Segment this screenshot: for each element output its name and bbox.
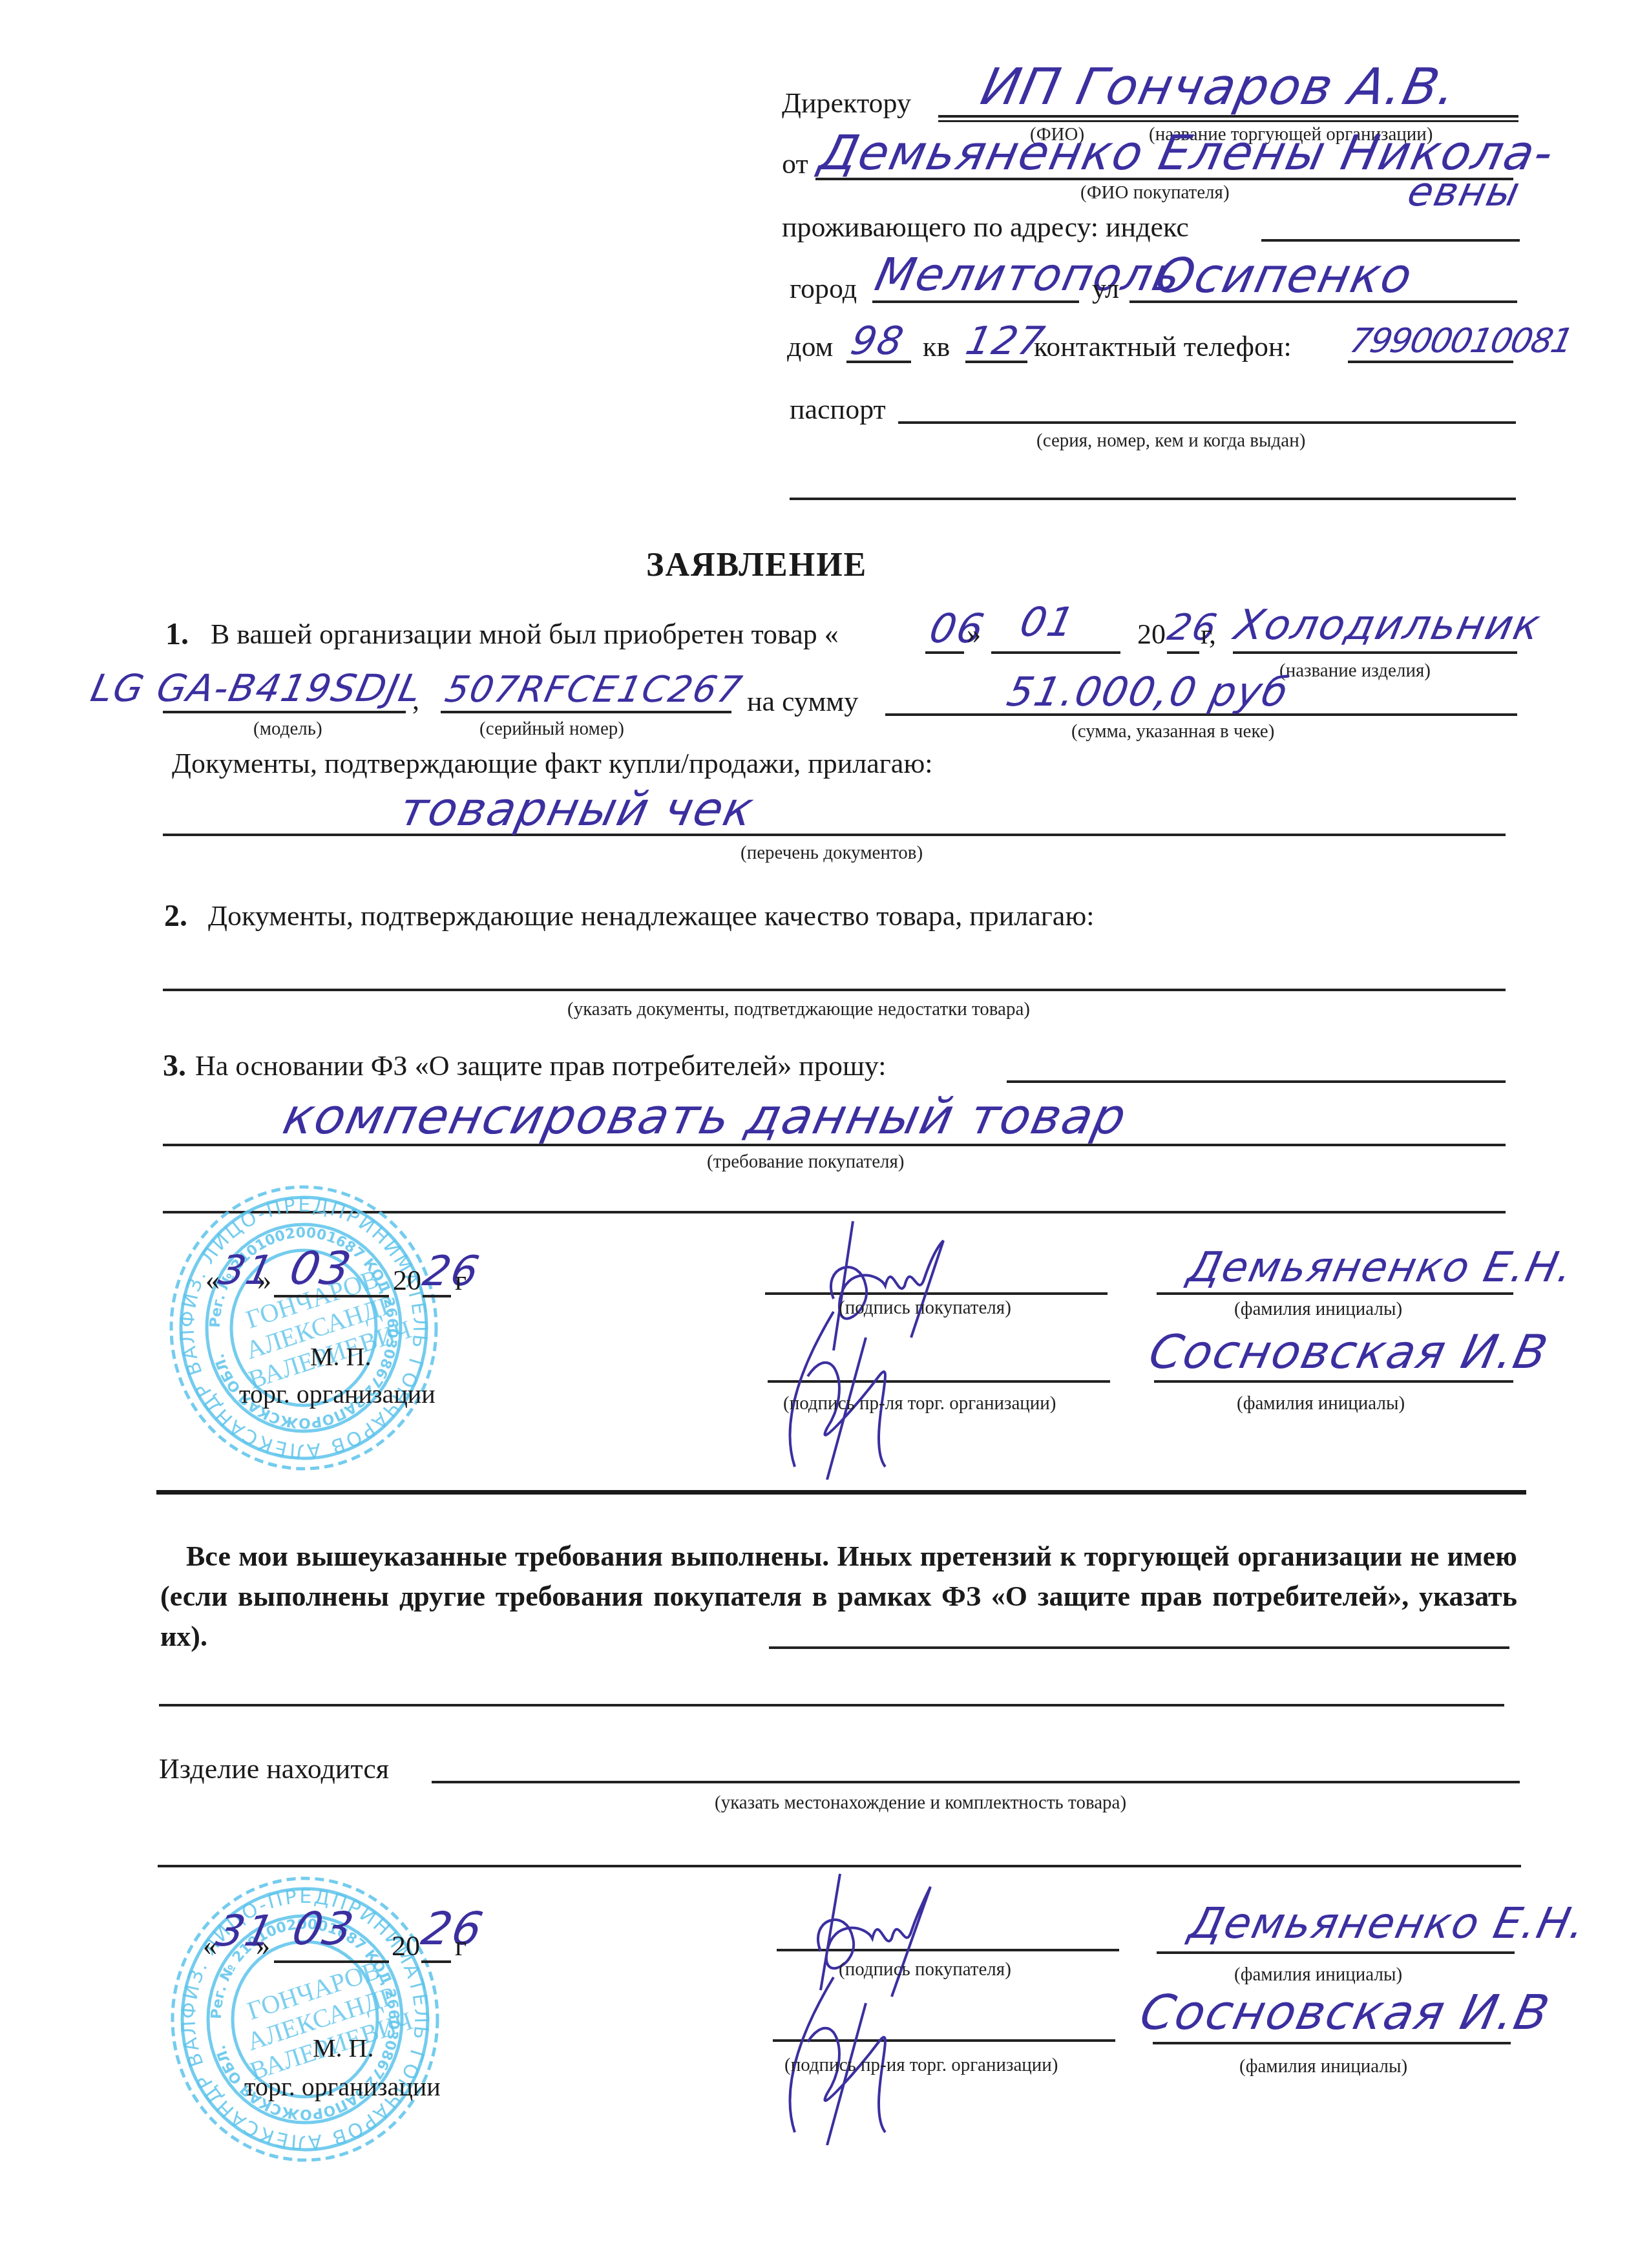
product-name-hint: (название изделия): [1279, 662, 1431, 680]
section-2-hint: (указать документы, подтветджающие недос…: [567, 1000, 1030, 1019]
rep-signature-icon[interactable]: [769, 1299, 937, 1480]
passport-hint: (серия, номер, кем и когда выдан): [1036, 432, 1305, 450]
model-value[interactable]: LG GA-B419SDJL: [88, 669, 426, 707]
address-label: проживающего по адресу: индекс: [782, 213, 1189, 242]
director-label: Директору: [782, 89, 911, 118]
section-3-text: На основании ФЗ «О защите прав потребите…: [195, 1052, 886, 1080]
date-year-g: г: [455, 1266, 467, 1295]
director-value[interactable]: ИП Гончаров А.В.: [977, 62, 1462, 112]
date-month-line: [274, 1960, 389, 1963]
date-year[interactable]: 26: [419, 1251, 483, 1292]
sum-label: на сумму: [747, 688, 858, 716]
sum-value[interactable]: 51.000,0 руб: [1003, 672, 1292, 712]
phone-label: контактный телефон:: [1034, 333, 1292, 361]
date-month[interactable]: 03: [286, 1246, 356, 1291]
date-quote-close: »: [257, 1266, 271, 1295]
section-3-line-1: [1007, 1080, 1506, 1083]
year-prefix: 20: [1137, 620, 1166, 649]
model-line: [163, 711, 406, 713]
product-name[interactable]: Холодильник: [1231, 605, 1544, 646]
section-divider: [156, 1490, 1526, 1495]
buyer-name-line: [1157, 1951, 1515, 1954]
date-quote-close: »: [256, 1932, 270, 1960]
sum-hint: (сумма, указанная в чеке): [1071, 722, 1274, 741]
date-year-prefix: 20: [392, 1932, 420, 1960]
year-g: г,: [1201, 620, 1216, 649]
rep-signature-hint: (подпись пр-ия торг. организации): [784, 2056, 1058, 2075]
purchase-month-line: [991, 651, 1120, 654]
product-name-line: [1233, 651, 1517, 654]
item-location-hint: (указать местонахождение и комплектность…: [715, 1794, 1126, 1812]
docs-line: [163, 834, 1506, 836]
street-value[interactable]: Осипенко: [1151, 252, 1417, 300]
closing-field-line-1[interactable]: [769, 1646, 1509, 1649]
purchase-year-line: [1167, 651, 1199, 654]
rep-name-hint: (фамилия инициалы): [1239, 2057, 1407, 2076]
buyer-name-hint: (фамилия инициалы): [1234, 1300, 1402, 1319]
buyer-name-hint: (фамилия инициалы): [1234, 1966, 1402, 1984]
closing-statement: Все мои вышеуказанные требования выполне…: [160, 1537, 1517, 1657]
org-label: торг. организации: [244, 2074, 441, 2100]
date-month[interactable]: 03: [289, 1906, 359, 1951]
from-hint: (ФИО покупателя): [1080, 184, 1230, 202]
item-location-label: Изделие находится: [159, 1755, 389, 1783]
serial-hint: (серийный номер): [479, 720, 624, 739]
passport-field-line-2[interactable]: [790, 498, 1516, 500]
index-field-line[interactable]: [1261, 239, 1520, 242]
rep-name[interactable]: Сосновская И.В: [1145, 1328, 1552, 1375]
closing-field-line-2[interactable]: [159, 1704, 1504, 1706]
from-label: от: [782, 150, 808, 178]
section-2-line[interactable]: [163, 989, 1506, 991]
section-2-text: Документы, подтверждающие ненадлежащее к…: [208, 902, 1095, 930]
serial-value[interactable]: 507RFCE1C267: [442, 672, 746, 708]
date-year[interactable]: 26: [418, 1906, 488, 1951]
phone-value[interactable]: 79900010081: [1347, 324, 1575, 358]
street-label: ул: [1092, 275, 1119, 303]
date-year-g: г: [455, 1932, 467, 1960]
rep-signature-hint: (подпись пр-ля торг. организации): [783, 1394, 1056, 1413]
date-year-line: [421, 1960, 451, 1963]
docs-label: Документы, подтверждающие факт купли/про…: [172, 750, 932, 778]
model-comma: ,: [412, 686, 419, 715]
city-label: город: [790, 275, 857, 303]
passport-field-line[interactable]: [898, 421, 1516, 424]
section-3-number: 3.: [163, 1051, 186, 1082]
from-value-continued[interactable]: евны: [1404, 172, 1524, 212]
rep-name[interactable]: Сосновская И.В: [1136, 1989, 1554, 2037]
section-3-value[interactable]: компенсировать данный товар: [279, 1092, 1131, 1141]
city-value[interactable]: Мелитополь: [872, 252, 1186, 297]
serial-line: [441, 711, 731, 713]
page-title: ЗАЯВЛЕНИЕ: [646, 546, 867, 584]
section-2-number: 2.: [164, 901, 187, 932]
date-month-line: [274, 1295, 389, 1297]
apt-label: кв: [923, 333, 950, 361]
rep-name-line: [1153, 2042, 1511, 2044]
rep-name-hint: (фамилия инициалы): [1237, 1394, 1405, 1413]
director-field-line-2: [938, 120, 1518, 122]
buyer-name-line: [1157, 1292, 1513, 1295]
house-value[interactable]: 98: [848, 322, 908, 361]
model-hint: (модель): [253, 720, 322, 739]
house-label: дом: [787, 333, 833, 361]
phone-field-line: [1348, 361, 1513, 363]
date-year-prefix: 20: [393, 1266, 421, 1295]
company-stamp-icon: ФИЗ. ЛИЦО-ПРЕДПРИНИМАТЕЛЬ ГОНЧАРОВ АЛЕКС…: [162, 1176, 446, 1480]
org-label: торг. организации: [239, 1381, 436, 1407]
mp-label: М. П.: [310, 1344, 371, 1370]
rep-name-line: [1154, 1380, 1513, 1383]
buyer-name[interactable]: Демьяненко Е.Н.: [1186, 1902, 1590, 1945]
item-location-line[interactable]: [432, 1781, 1520, 1783]
docs-value[interactable]: товарный чек: [395, 786, 758, 832]
quote-close: »: [967, 620, 981, 649]
docs-hint: (перечень документов): [740, 844, 923, 863]
passport-label: паспорт: [790, 395, 886, 424]
section-1-number: 1.: [165, 619, 189, 650]
section-3-hint: (требование покупателя): [707, 1153, 905, 1171]
section-1-text: В вашей организации мной был приобретен …: [211, 620, 839, 649]
mp-label: М. П.: [313, 2035, 373, 2061]
buyer-name[interactable]: Демьяненко Е.Н.: [1184, 1247, 1577, 1288]
purchase-month[interactable]: 01: [1016, 602, 1078, 642]
